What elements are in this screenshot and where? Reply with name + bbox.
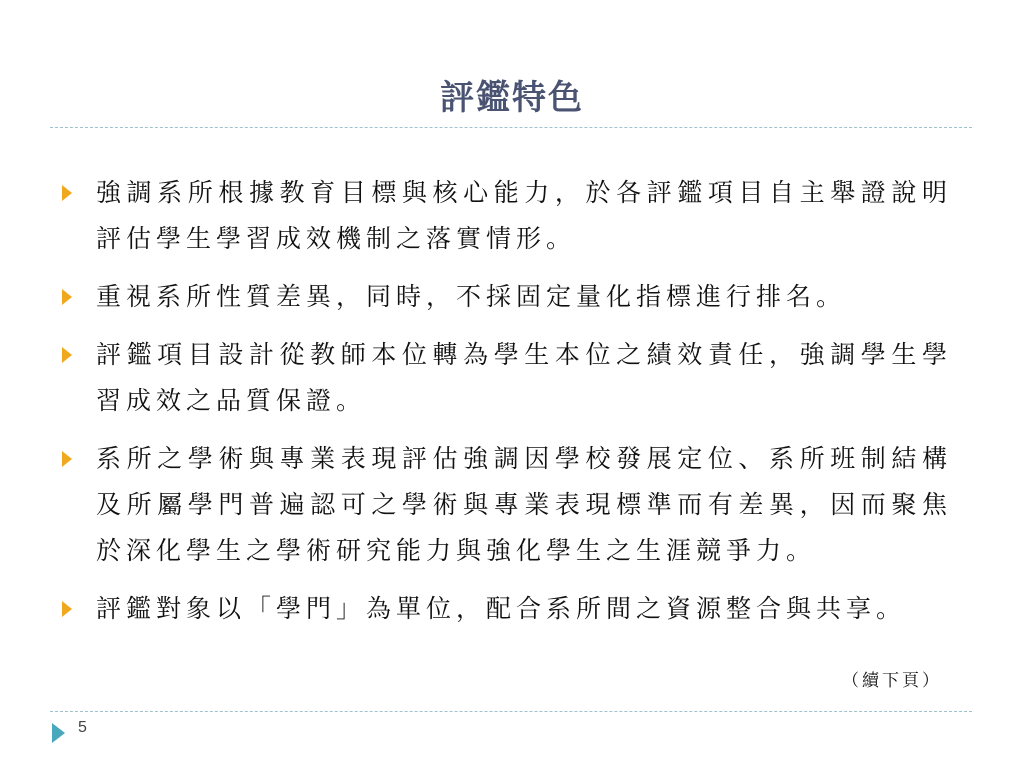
bullet-item: 強調系所根據教育目標與核心能力，於各評鑑項目自主舉證說明評估學生學習成效機制之落… bbox=[62, 170, 952, 262]
footer-separator bbox=[50, 711, 972, 712]
slide-title: 評鑑特色 bbox=[0, 70, 1024, 119]
continued-note: （續下頁） bbox=[842, 666, 942, 691]
bullet-triangle-icon bbox=[62, 347, 72, 363]
bullet-item: 系所之學術與專業表現評估強調因學校發展定位、系所班制結構及所屬學門普遍認可之學術… bbox=[62, 436, 952, 574]
bullet-text: 評鑑對象以「學門」為單位，配合系所間之資源整合與共享。 bbox=[96, 594, 906, 623]
bullet-text: 強調系所根據教育目標與核心能力，於各評鑑項目自主舉證說明評估學生學習成效機制之落… bbox=[96, 178, 952, 253]
bullet-text: 重視系所性質差異，同時，不採固定量化指標進行排名。 bbox=[96, 282, 846, 311]
bullet-text: 系所之學術與專業表現評估強調因學校發展定位、系所班制結構及所屬學門普遍認可之學術… bbox=[96, 444, 952, 565]
bullet-triangle-icon bbox=[62, 601, 72, 617]
footer-triangle-icon bbox=[52, 723, 65, 743]
bullet-list: 強調系所根據教育目標與核心能力，於各評鑑項目自主舉證說明評估學生學習成效機制之落… bbox=[62, 170, 952, 644]
bullet-triangle-icon bbox=[62, 451, 72, 467]
bullet-item: 評鑑對象以「學門」為單位，配合系所間之資源整合與共享。 bbox=[62, 586, 952, 632]
bullet-triangle-icon bbox=[62, 185, 72, 201]
title-separator bbox=[50, 127, 972, 128]
bullet-item: 評鑑項目設計從教師本位轉為學生本位之績效責任，強調學生學習成效之品質保證。 bbox=[62, 332, 952, 424]
page-number: 5 bbox=[78, 719, 87, 737]
bullet-item: 重視系所性質差異，同時，不採固定量化指標進行排名。 bbox=[62, 274, 952, 320]
bullet-text: 評鑑項目設計從教師本位轉為學生本位之績效責任，強調學生學習成效之品質保證。 bbox=[96, 340, 952, 415]
bullet-triangle-icon bbox=[62, 289, 72, 305]
